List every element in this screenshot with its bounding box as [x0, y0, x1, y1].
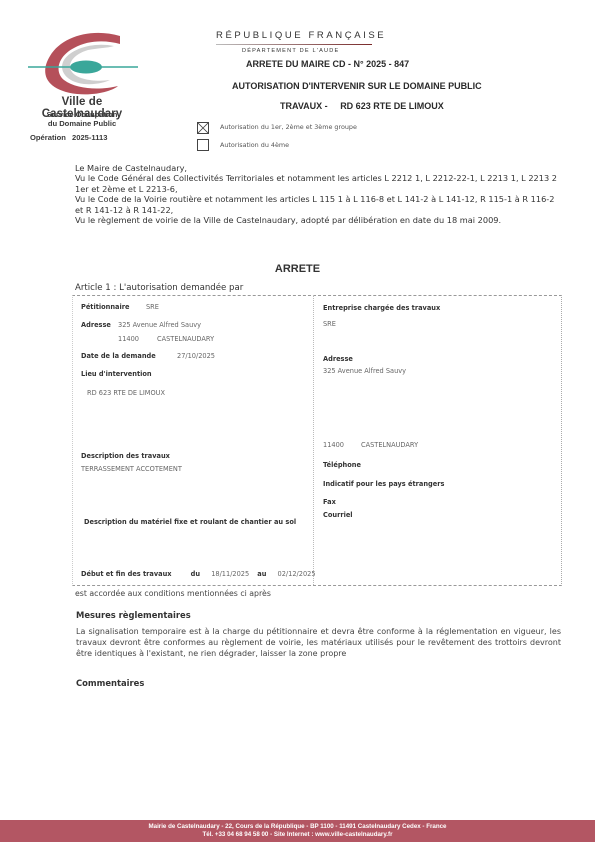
- travaux-label: TRAVAUX -: [280, 101, 328, 111]
- footer-band: Mairie de Castelnaudary - 22, Cours de l…: [0, 820, 595, 842]
- du-label: du: [191, 570, 200, 578]
- indicatif-label: Indicatif pour les pays étrangers: [323, 480, 444, 488]
- operation-number: 2025-1113: [72, 133, 107, 142]
- checkbox-groupe-4[interactable]: [197, 139, 209, 151]
- entreprise-adresse-line1: 325 Avenue Alfred Sauvy: [323, 367, 406, 375]
- date-demande-value: 27/10/2025: [177, 352, 215, 360]
- operation-reference: Opération 2025-1113: [30, 133, 107, 142]
- city-logo: [22, 30, 142, 98]
- fax-label: Fax: [323, 498, 336, 506]
- header-rule: [216, 44, 372, 45]
- debut-fin-travaux: Début et fin des travaux du 18/11/2025 a…: [81, 561, 316, 580]
- preamble-line: Vu le Code Général des Collectivités Ter…: [75, 173, 565, 194]
- operation-label: Opération: [30, 133, 66, 142]
- castelnaudary-logo-icon: [22, 30, 142, 98]
- adresse-label: Adresse: [81, 321, 111, 329]
- mesures-text: La signalisation temporaire est à la cha…: [76, 626, 561, 659]
- date-debut: 18/11/2025: [211, 570, 249, 578]
- arrete-heading: ARRETE: [0, 263, 595, 275]
- petitionnaire-value: SRE: [146, 303, 159, 311]
- preamble-line: Vu le Code de la Voirie routière et nota…: [75, 194, 565, 215]
- petitionnaire-label: Pétitionnaire: [81, 303, 129, 311]
- republique-francaise: RÉPUBLIQUE FRANÇAISE: [216, 30, 386, 41]
- service-name-line2: du Domaine Public: [22, 119, 142, 128]
- courriel-label: Courriel: [323, 511, 353, 519]
- checkbox-label-groupe-4: Autorisation du 4ème: [220, 141, 289, 149]
- date-fin: 02/12/2025: [278, 570, 316, 578]
- materiel-label: Description du matériel fixe et roulant …: [84, 518, 296, 526]
- lieu-intervention-value: RD 623 RTE DE LIMOUX: [87, 389, 165, 397]
- travaux-value: RD 623 RTE DE LIMOUX: [340, 101, 444, 111]
- column-divider: [313, 295, 314, 585]
- au-label: au: [257, 570, 266, 578]
- travaux-line: TRAVAUX - RD 623 RTE DE LIMOUX: [280, 101, 444, 111]
- arrete-number: ARRETE DU MAIRE CD - N° 2025 - 847: [246, 59, 409, 69]
- telephone-label: Téléphone: [323, 461, 361, 469]
- lieu-intervention-label: Lieu d'intervention: [81, 370, 152, 378]
- article-1: Article 1 : L'autorisation demandée par: [75, 283, 243, 293]
- date-demande-label: Date de la demande: [81, 352, 156, 360]
- preamble: Le Maire de Castelnaudary, Vu le Code Gé…: [75, 163, 565, 225]
- entreprise-value: SRE: [323, 320, 336, 328]
- checkbox-label-groupes-1-2-3: Autorisation du 1er, 2ème et 3ème groupe: [220, 123, 357, 131]
- entreprise-adresse-ville: CASTELNAUDARY: [361, 441, 418, 449]
- adresse-ville: CASTELNAUDARY: [157, 335, 214, 343]
- preamble-line: Le Maire de Castelnaudary,: [75, 163, 565, 173]
- entreprise-adresse-cp: 11400: [323, 441, 344, 449]
- preamble-line: Vu le règlement de voirie de la Ville de…: [75, 215, 565, 225]
- footer-address: Mairie de Castelnaudary - 22, Cours de l…: [0, 823, 595, 831]
- service-name-line1: Service Occupation: [22, 110, 142, 119]
- mesures-title: Mesures règlementaires: [76, 610, 191, 620]
- conditions-text: est accordée aux conditions mentionnées …: [75, 589, 271, 598]
- adresse-line1: 325 Avenue Alfred Sauvy: [118, 321, 201, 329]
- footer-contact: Tél. +33 04 68 94 58 00 - Site Internet …: [0, 831, 595, 839]
- adresse-cp: 11400: [118, 335, 139, 343]
- departement: DÉPARTEMENT DE L'AUDE: [242, 48, 339, 54]
- checkmark-x-icon: [198, 123, 208, 133]
- description-travaux-value: TERRASSEMENT ACCOTEMENT: [81, 465, 182, 473]
- entreprise-label: Entreprise chargée des travaux: [323, 304, 440, 312]
- checkbox-groupes-1-2-3[interactable]: [197, 122, 209, 134]
- entreprise-adresse-label: Adresse: [323, 355, 353, 363]
- debut-fin-label: Début et fin des travaux: [81, 570, 172, 578]
- request-details-box: [72, 295, 562, 586]
- autorisation-title: AUTORISATION D'INTERVENIR SUR LE DOMAINE…: [232, 81, 482, 91]
- description-travaux-label: Description des travaux: [81, 452, 170, 460]
- commentaires-title: Commentaires: [76, 678, 144, 688]
